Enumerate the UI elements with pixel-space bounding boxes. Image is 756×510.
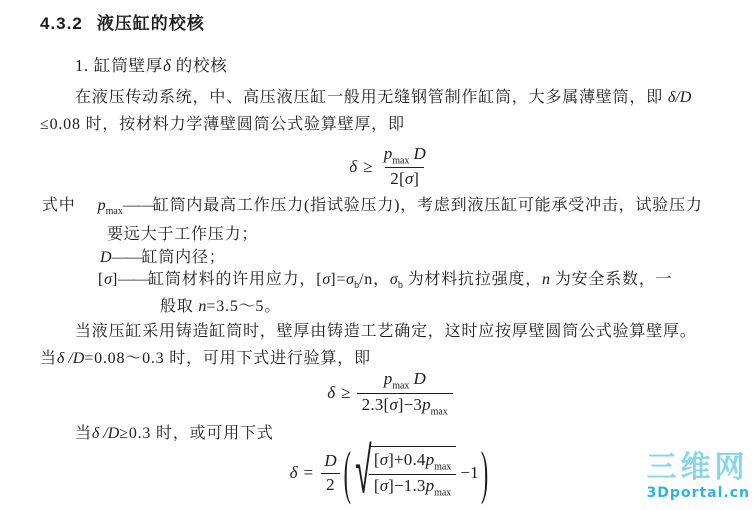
formula1-den-close: ] — [413, 169, 419, 188]
para3-math-delta-d: δ /D — [92, 425, 119, 442]
f3-rden-mid: ]−1.3 — [388, 476, 426, 495]
formula3-delta: δ — [290, 463, 298, 483]
formula1-delta: δ — [349, 157, 357, 177]
section-heading: 4.3.2液压缸的校核 — [40, 13, 205, 34]
where-p: p — [98, 197, 106, 214]
formula3-D: D — [319, 450, 341, 473]
where-d-dash: —— — [112, 249, 142, 266]
f3-rden-p: p — [426, 476, 435, 495]
formula3-radical-group: √ [σ]+0.4pmax [σ]−1.3pmax — [355, 446, 456, 500]
f3-rnum-p-sub: max — [434, 462, 451, 473]
formula2-p-sub: max — [392, 380, 409, 391]
paragraph-1-line-1: 在液压传动系统，中、高压液压缸一般用无缝钢管制作缸筒，大多属薄壁筒，即 δ/D — [75, 88, 691, 108]
where-s-sigma: σ — [104, 271, 112, 288]
para2-pre: 当 — [40, 350, 57, 367]
where-s-desc2: 为材料抗拉强度， — [403, 271, 542, 288]
formula2-p: p — [384, 369, 393, 388]
para2-post: =0.08～0.3 时，可用下式进行验算，即 — [84, 350, 371, 367]
formula3-inner-fraction: [σ]+0.4pmax [σ]−1.3pmax — [369, 449, 456, 500]
formula-thin-wall: δ ≥ pmaxD 2[σ] — [12, 141, 756, 193]
where-s-dash: —— — [118, 271, 148, 288]
subheading-post: 的校核 — [171, 56, 228, 75]
where-p-desc-cont: 要远大于工作压力； — [107, 226, 258, 243]
where-sigma-b2: σ — [390, 271, 398, 288]
where-p-dash: —— — [123, 197, 153, 214]
where-line-d: D——缸筒内径； — [100, 248, 226, 268]
formula3-inner-numerator: [σ]+0.4pmax — [369, 449, 456, 474]
f3-rden-sigma: σ — [380, 476, 388, 495]
formula3-two: 2 — [321, 473, 340, 497]
formula3-d-over-2: D 2 — [319, 450, 341, 497]
where-line-sigma: [σ]——缸筒材料的许用应力，[σ]=σb/n，σb 为材料抗拉强度，n 为安全… — [98, 270, 672, 293]
formula3-eq: = — [304, 463, 314, 483]
formula2-fraction: pmaxD 2.3[σ]−3pmax — [357, 368, 453, 419]
f3-rnum-p: p — [426, 450, 435, 469]
para2-text: 当液压缸采用铸造缸筒时，壁厚由铸造工艺确定，这时应按厚壁圆筒公式验算壁厚。 — [75, 323, 697, 340]
where-n: n — [542, 271, 550, 288]
where-sigma-b: σ — [346, 271, 354, 288]
watermark-title: 三维网 — [647, 452, 750, 484]
where-line-pmax-cont: 要远大于工作压力； — [107, 225, 258, 245]
document-page: 4.3.2液压缸的校核 1. 缸筒壁厚δ 的校核 在液压传动系统，中、高压液压缸… — [0, 0, 756, 510]
where-cont-post: =3.5～5。 — [206, 298, 281, 315]
paragraph-1-line-2: ≤0.08 时，按材料力学薄壁圆筒公式验算壁厚，即 — [40, 115, 405, 135]
formula1-geq: ≥ — [363, 157, 373, 177]
formula2-delta: δ — [327, 383, 335, 403]
where-d-desc: 缸筒内径； — [142, 249, 226, 266]
formula1-den-sigma: σ — [405, 169, 413, 188]
subheading-delta: δ — [163, 56, 171, 75]
where-label: 式中 — [42, 197, 76, 214]
formula2-den-sigma: σ — [389, 395, 397, 414]
section-title: 液压缸的校核 — [97, 14, 205, 33]
formula1-denominator: 2[σ] — [385, 167, 424, 191]
formula2-numerator: pmaxD — [379, 368, 431, 393]
formula2-geq: ≥ — [341, 383, 351, 403]
formula3-radicand: [σ]+0.4pmax [σ]−1.3pmax — [369, 446, 456, 500]
formula2-denominator: 2.3[σ]−3pmax — [357, 393, 453, 419]
para1-text-cont: ≤0.08 时，按材料力学薄壁圆筒公式验算壁厚，即 — [40, 116, 405, 133]
where-p-desc: 缸筒内最高工作压力(指试验压力)，考虑到液压缸可能承受冲击，试验压力 — [153, 197, 703, 214]
paragraph-2-line-1: 当液压缸采用铸造缸筒时，壁厚由铸造工艺确定，这时应按厚壁圆筒公式验算壁厚。 — [75, 322, 697, 342]
para3-post: ≥0.3 时，或可用下式 — [119, 425, 273, 442]
formula2-den-mid: ]−3 — [398, 395, 422, 414]
subheading-pre: 1. 缸筒壁厚 — [75, 56, 163, 75]
where-line-pmax: 式中pmax——缸筒内最高工作压力(指试验压力)，考虑到液压缸可能承受冲击，试验… — [42, 196, 703, 219]
formula1-numerator: pmaxD — [379, 143, 431, 168]
section-number: 4.3.2 — [40, 14, 83, 33]
watermark-url: 3Dportal.cn — [647, 485, 750, 501]
where-s-desc1: 缸筒材料的许用应力， — [148, 271, 316, 288]
watermark-logo: 三维网 3Dportal.cn — [647, 452, 750, 501]
formula-thick-wall: δ ≥ pmaxD 2.3[σ]−3pmax — [12, 367, 756, 419]
where-line-sigma-cont: 般取 n=3.5～5。 — [160, 297, 281, 317]
para1-math-delta-d: δ/D — [668, 89, 691, 106]
where-s-desc3: 为安全系数，一 — [550, 271, 672, 288]
formula1-p: p — [384, 144, 393, 163]
f3-rden-p-sub: max — [434, 487, 451, 498]
para3-pre: 当 — [75, 425, 92, 442]
paragraph-2-line-2: 当δ /D=0.08～0.3 时，可用下式进行验算，即 — [40, 349, 371, 369]
f3-rnum-mid: ]+0.4 — [388, 450, 426, 469]
where-cont-pre: 般取 — [160, 298, 198, 315]
para1-text: 在液压传动系统，中、高压液压缸一般用无缝钢管制作缸筒，大多属薄壁筒，即 — [75, 89, 668, 106]
para2-math-delta-d: δ /D — [57, 350, 84, 367]
formula2-den-p-sub: max — [431, 406, 448, 417]
subsection-heading: 1. 缸筒壁厚δ 的校核 — [75, 56, 228, 77]
formula2-D: D — [413, 369, 425, 388]
where-over-n: /n， — [359, 271, 390, 288]
f3-rnum-sigma: σ — [380, 450, 388, 469]
where-d: D — [100, 249, 112, 266]
formula-sqrt: δ = D 2 ( √ [σ]+0.4pmax [σ]−1.3pmax −1 ) — [12, 441, 756, 505]
where-p-sub: max — [106, 206, 123, 217]
formula1-p-sub: max — [392, 155, 409, 166]
where-s-eq-mid: ]= — [330, 271, 346, 288]
formula3-inner-denominator: [σ]−1.3pmax — [369, 474, 456, 500]
formula1-den-open: 2[ — [390, 169, 405, 188]
formula1-fraction: pmaxD 2[σ] — [379, 143, 431, 192]
formula2-den-open: 2.3[ — [362, 395, 390, 414]
formula3-minus-one: −1 — [460, 463, 479, 483]
formula1-D: D — [413, 144, 425, 163]
formula2-den-p: p — [422, 395, 431, 414]
